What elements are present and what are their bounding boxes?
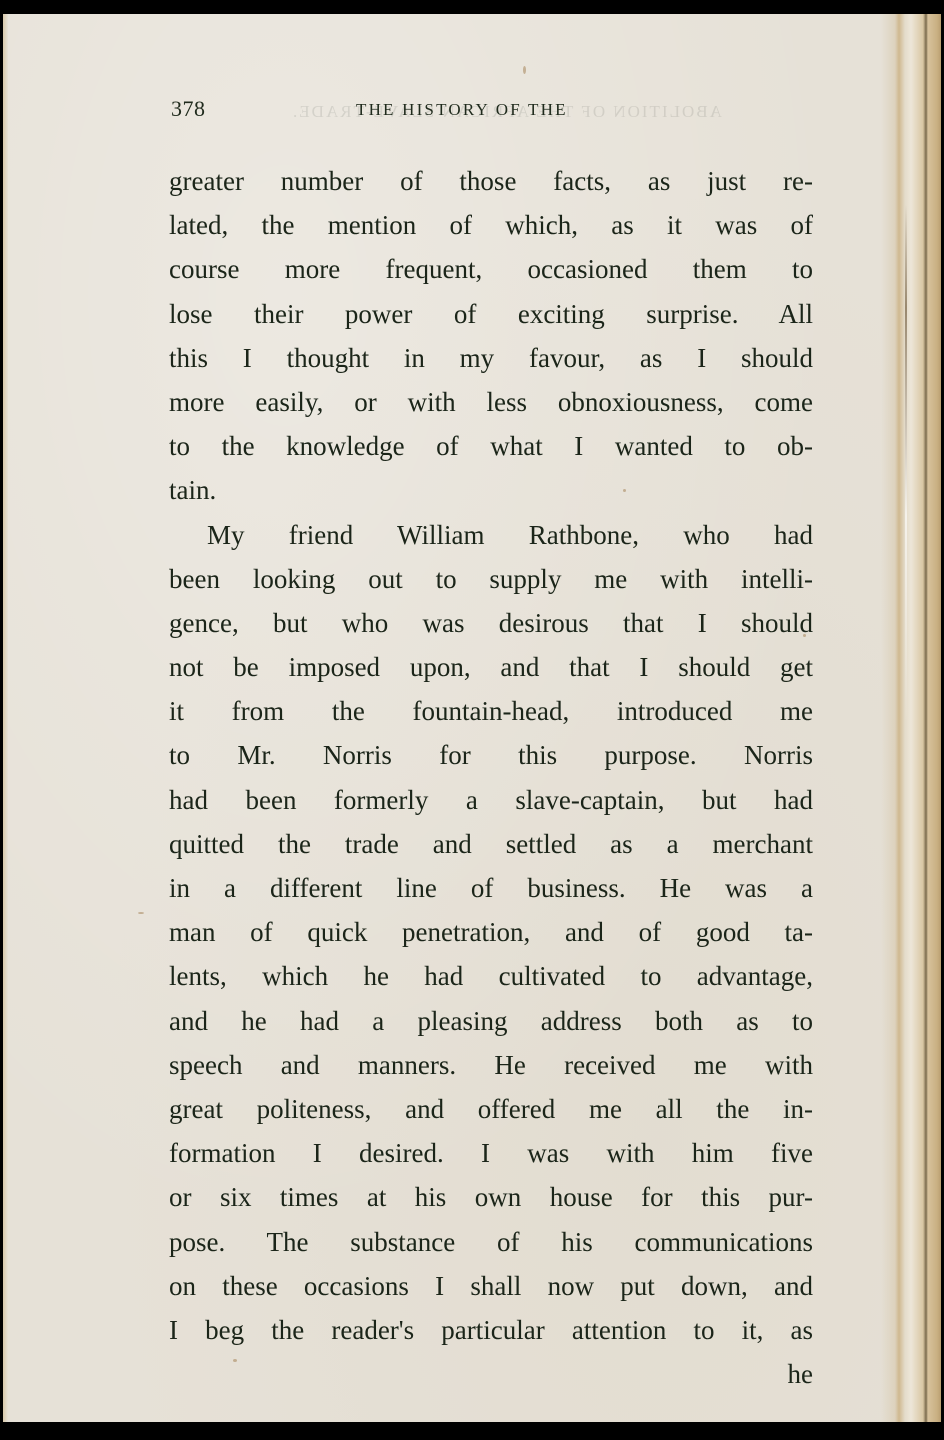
text-line: lated, the mention of which, as it was o… <box>169 203 813 247</box>
paragraph-end-line: tain. <box>169 468 813 512</box>
text-line: had been formerly a slave-captain, but h… <box>169 778 813 822</box>
text-line: to the knowledge of what I wanted to ob- <box>169 424 813 468</box>
running-head: THE HISTORY OF THE <box>356 100 568 120</box>
text-line: not be imposed upon, and that I should g… <box>169 645 813 689</box>
text-line: formation I desired. I was with him five <box>169 1131 813 1175</box>
text-line: it from the fountain-head, introduced me <box>169 689 813 733</box>
text-line: gence, but who was desirous that I shoul… <box>169 601 813 645</box>
text-line: quitted the trade and settled as a merch… <box>169 822 813 866</box>
text-line: on these occasions I shall now put down,… <box>169 1264 813 1308</box>
paper-speck <box>523 66 526 74</box>
text-line: I beg the reader's particular attention … <box>169 1308 813 1352</box>
text-line: man of quick penetration, and of good ta… <box>169 910 813 954</box>
page-number: 378 <box>171 96 206 122</box>
text-line: great politeness, and offered me all the… <box>169 1087 813 1131</box>
paper-speck <box>138 912 144 914</box>
paragraph-start-line: My friend William Rathbone, who had <box>169 513 813 557</box>
text-line: lents, which he had cultivated to advant… <box>169 954 813 998</box>
text-line: and he had a pleasing address both as to <box>169 999 813 1043</box>
text-line: been looking out to supply me with intel… <box>169 557 813 601</box>
body-text: greater number of those facts, as just r… <box>169 159 813 1396</box>
text-line: course more frequent, occasioned them to <box>169 247 813 291</box>
text-line: this I thought in my favour, as I should <box>169 336 813 380</box>
text-line: pose. The substance of his communication… <box>169 1220 813 1264</box>
text-line: greater number of those facts, as just r… <box>169 159 813 203</box>
text-line: lose their power of exciting surprise. A… <box>169 292 813 336</box>
catchword: he <box>169 1352 813 1396</box>
text-line: to Mr. Norris for this purpose. Norris <box>169 733 813 777</box>
book-page: ABOLITION OF THE AFRICAN SLAVE-TRADE. 37… <box>3 14 941 1422</box>
text-line: in a different line of business. He was … <box>169 866 813 910</box>
page-header: ABOLITION OF THE AFRICAN SLAVE-TRADE. 37… <box>171 96 811 126</box>
scan-frame: ABOLITION OF THE AFRICAN SLAVE-TRADE. 37… <box>0 0 944 1440</box>
page-left-edge <box>3 14 8 1422</box>
text-line: or six times at his own house for this p… <box>169 1175 813 1219</box>
page-tear <box>905 204 907 724</box>
page-gutter-fold <box>881 14 941 1422</box>
text-line: more easily, or with less obnoxiousness,… <box>169 380 813 424</box>
text-line: speech and manners. He received me with <box>169 1043 813 1087</box>
